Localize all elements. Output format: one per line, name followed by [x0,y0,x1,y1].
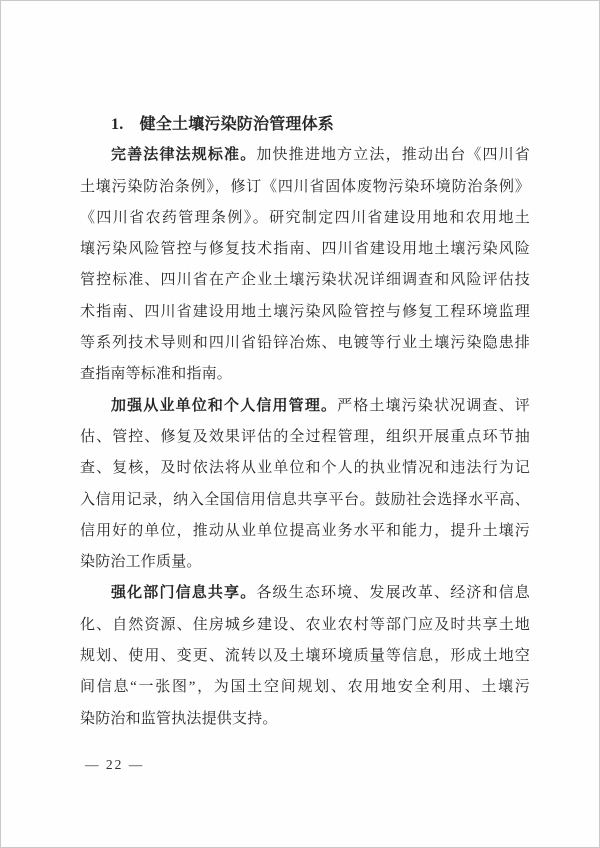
text-line: 查、复核，及时依法将从业单位和个人的执业情况和违法行为记 [80,453,530,484]
text-line: 完善法律法规标准。加快推进地方立法，推动出台《四川省 [80,140,530,171]
text-line: 《四川省农药管理条例》。研究制定四川省建设用地和农用地土 [80,203,530,234]
line-text: 术指南、四川省建设用地土壤污染风险管控与修复工程环境监理 [80,304,530,320]
text-line: 管控标准、四川省在产企业土壤污染状况详细调查和风险评估技 [80,265,530,296]
line-text: 加快推进地方立法，推动出台《四川省 [256,147,530,163]
text-line: 染防治和监管执法提供支持。 [80,704,530,735]
text-line: 强化部门信息共享。各级生态环境、发展改革、经济和信息 [80,578,530,609]
text-line: 入信用记录，纳入全国信用信息共享平台。鼓励社会选择水平高、 [80,485,530,516]
line-text: 染防治工作质量。 [80,554,202,570]
line-text: 土壤污染防治条例》，修订《四川省固体废物污染环境防治条例》 [80,179,530,195]
document-body: 1. 健全土壤污染防治管理体系 完善法律法规标准。加快推进地方立法，推动出台《四… [80,109,530,735]
text-line: 间信息“一张图”，为国土空间规划、农用地安全利用、土壤污 [80,672,530,703]
text-line: 土壤污染防治条例》，修订《四川省固体废物污染环境防治条例》 [80,172,530,203]
document-page: 1. 健全土壤污染防治管理体系 完善法律法规标准。加快推进地方立法，推动出台《四… [0,0,600,848]
line-text: 《四川省农药管理条例》。研究制定四川省建设用地和农用地土 [80,210,530,226]
text-line: 壤污染风险管控与修复技术指南、四川省建设用地土壤污染风险 [80,234,530,265]
text-line: 等系列技术导则和四川省铅锌冶炼、电镀等行业土壤污染隐患排 [80,328,530,359]
line-text: 查指南等标准和指南。 [80,366,232,382]
line-text: 查、复核，及时依法将从业单位和个人的执业情况和违法行为记 [80,460,530,476]
text-line: 估、管控、修复及效果评估的全过程管理，组织开展重点环节抽 [80,422,530,453]
line-text: 管控标准、四川省在产企业土壤污染状况详细调查和风险评估技 [80,272,530,288]
text-line: 染防治工作质量。 [80,547,530,578]
text-line: 加强从业单位和个人信用管理。严格土壤污染状况调查、评 [80,391,530,422]
line-text: 染防治和监管执法提供支持。 [80,711,278,727]
line-text: 信用好的单位，推动从业单位提高业务水平和能力，提升土壤污 [80,523,530,539]
line-text: 各级生态环境、发展改革、经济和信息 [256,585,530,601]
line-text: 规划、使用、变更、流转以及土壤环境质量等信息，形成土地空 [80,648,530,664]
line-text: 间信息“一张图”，为国土空间规划、农用地安全利用、土壤污 [80,679,530,695]
text-line: 规划、使用、变更、流转以及土壤环境质量等信息，形成土地空 [80,641,530,672]
line-text: 等系列技术导则和四川省铅锌冶炼、电镀等行业土壤污染隐患排 [80,335,530,351]
text-line: 化、自然资源、住房城乡建设、农业农村等部门应及时共享土地 [80,610,530,641]
paragraph-bold-lead: 完善法律法规标准。 [111,147,256,163]
line-text: 入信用记录，纳入全国信用信息共享平台。鼓励社会选择水平高、 [80,492,530,508]
line-text: 化、自然资源、住房城乡建设、农业农村等部门应及时共享土地 [80,617,530,633]
text-line: 查指南等标准和指南。 [80,359,530,390]
line-text: 估、管控、修复及效果评估的全过程管理，组织开展重点环节抽 [80,429,530,445]
text-line: 术指南、四川省建设用地土壤污染风险管控与修复工程环境监理 [80,297,530,328]
page-number: — 22 — [85,757,144,773]
line-text: 严格土壤污染状况调查、评 [337,398,530,414]
paragraph-bold-lead: 加强从业单位和个人信用管理。 [111,398,337,414]
line-text: 壤污染风险管控与修复技术指南、四川省建设用地土壤污染风险 [80,241,530,257]
text-line: 信用好的单位，推动从业单位提高业务水平和能力，提升土壤污 [80,516,530,547]
paragraph-bold-lead: 强化部门信息共享。 [111,585,256,601]
section-heading: 1. 健全土壤污染防治管理体系 [80,109,530,140]
